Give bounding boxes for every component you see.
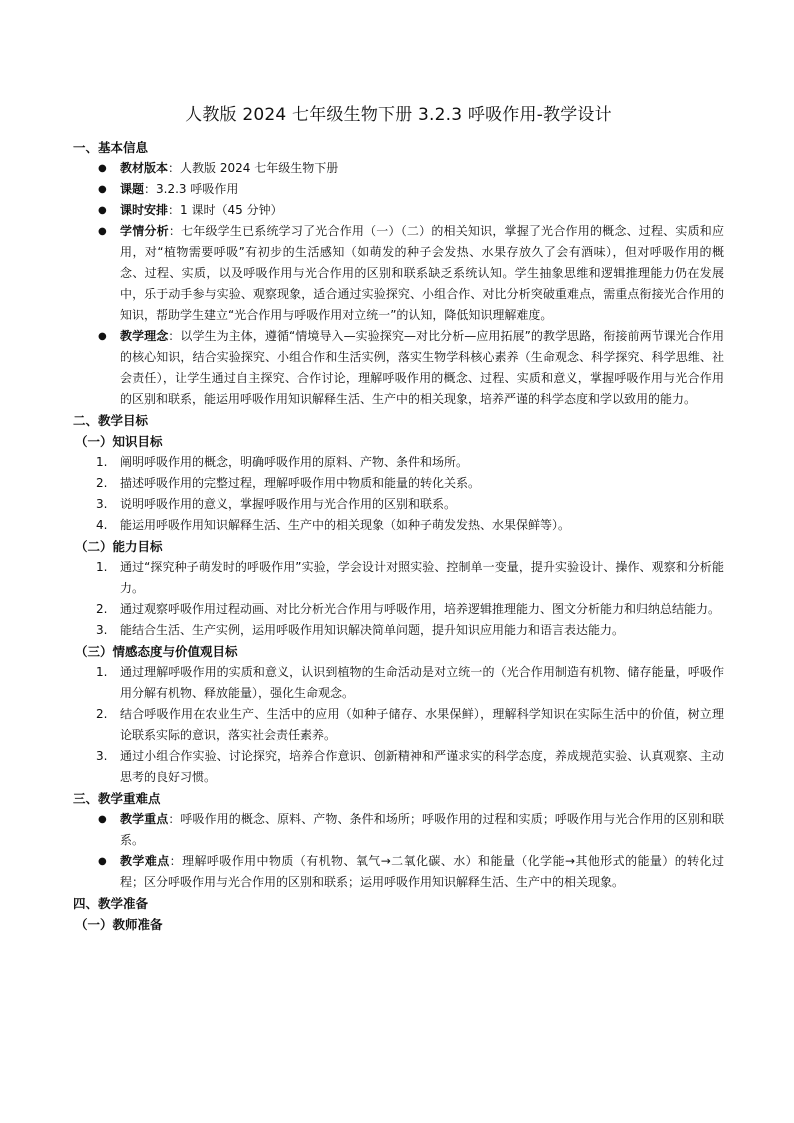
- list-item: ● 教学难点：理解呼吸作用中物质（有机物、氧气→二氧化碳、水）和能量（化学能→其…: [73, 851, 724, 893]
- subheading-teacher-preparation: （一）教师准备: [75, 914, 724, 935]
- subheading-ability-goals: （二）能力目标: [75, 536, 724, 557]
- list-item: 3.通过小组合作实验、讨论探究，培养合作意识、创新精神和严谨求实的科学态度，养成…: [73, 746, 724, 788]
- list-item: 1.阐明呼吸作用的概念，明确呼吸作用的原料、产物、条件和场所。: [73, 452, 724, 473]
- section-heading-preparation: 四、教学准备: [73, 893, 724, 914]
- bullet-icon: ●: [98, 326, 107, 347]
- subheading-attitude-goals: （三）情感态度与价值观目标: [75, 641, 724, 662]
- bullet-icon: ●: [98, 221, 107, 242]
- bullet-icon: ●: [98, 179, 107, 200]
- list-item: 4.能运用呼吸作用知识解释生活、生产中的相关现象（如种子萌发发热、水果保鲜等）。: [73, 515, 724, 536]
- list-item: ● 教学重点：呼吸作用的概念、原料、产物、条件和场所；呼吸作用的过程和实质；呼吸…: [73, 809, 724, 851]
- subheading-knowledge-goals: （一）知识目标: [75, 431, 724, 452]
- basic-info-list: ● 教材版本：人教版 2024 七年级生物下册 ● 课题：3.2.3 呼吸作用 …: [73, 158, 724, 410]
- list-item: 3.能结合生活、生产实例，运用呼吸作用知识解决简单问题，提升知识应用能力和语言表…: [73, 620, 724, 641]
- list-item: ● 教学理念：以学生为主体，遵循“情境导入—实验探究—对比分析—应用拓展”的教学…: [73, 326, 724, 410]
- list-item: 3.说明呼吸作用的意义，掌握呼吸作用与光合作用的区别和联系。: [73, 494, 724, 515]
- bullet-icon: ●: [98, 851, 107, 872]
- list-item: ● 教材版本：人教版 2024 七年级生物下册: [73, 158, 724, 179]
- bullet-icon: ●: [98, 200, 107, 221]
- list-item: 2.描述呼吸作用的完整过程，理解呼吸作用中物质和能量的转化关系。: [73, 473, 724, 494]
- section-heading-keypoints: 三、教学重难点: [73, 788, 724, 809]
- ability-goals-list: 1.通过“探究种子萌发时的呼吸作用”实验，学会设计对照实验、控制单一变量，提升实…: [73, 557, 724, 641]
- document-page: 人教版 2024 七年级生物下册 3.2.3 呼吸作用-教学设计 一、基本信息 …: [73, 103, 724, 935]
- keypoints-list: ● 教学重点：呼吸作用的概念、原料、产物、条件和场所；呼吸作用的过程和实质；呼吸…: [73, 809, 724, 893]
- section-heading-basic-info: 一、基本信息: [73, 137, 724, 158]
- knowledge-goals-list: 1.阐明呼吸作用的概念，明确呼吸作用的原料、产物、条件和场所。 2.描述呼吸作用…: [73, 452, 724, 536]
- list-item: 1.通过“探究种子萌发时的呼吸作用”实验，学会设计对照实验、控制单一变量，提升实…: [73, 557, 724, 599]
- list-item: 2.结合呼吸作用在农业生产、生活中的应用（如种子储存、水果保鲜），理解科学知识在…: [73, 704, 724, 746]
- list-item: 2.通过观察呼吸作用过程动画、对比分析光合作用与呼吸作用，培养逻辑推理能力、图文…: [73, 599, 724, 620]
- list-item: ● 课题：3.2.3 呼吸作用: [73, 179, 724, 200]
- attitude-goals-list: 1.通过理解呼吸作用的实质和意义，认识到植物的生命活动是对立统一的（光合作用制造…: [73, 662, 724, 788]
- bullet-icon: ●: [98, 158, 107, 179]
- section-heading-goals: 二、教学目标: [73, 410, 724, 431]
- document-title: 人教版 2024 七年级生物下册 3.2.3 呼吸作用-教学设计: [73, 103, 724, 127]
- bullet-icon: ●: [98, 809, 107, 830]
- list-item: ● 学情分析：七年级学生已系统学习了光合作用（一）（二）的相关知识，掌握了光合作…: [73, 221, 724, 326]
- list-item: ● 课时安排：1 课时（45 分钟）: [73, 200, 724, 221]
- list-item: 1.通过理解呼吸作用的实质和意义，认识到植物的生命活动是对立统一的（光合作用制造…: [73, 662, 724, 704]
